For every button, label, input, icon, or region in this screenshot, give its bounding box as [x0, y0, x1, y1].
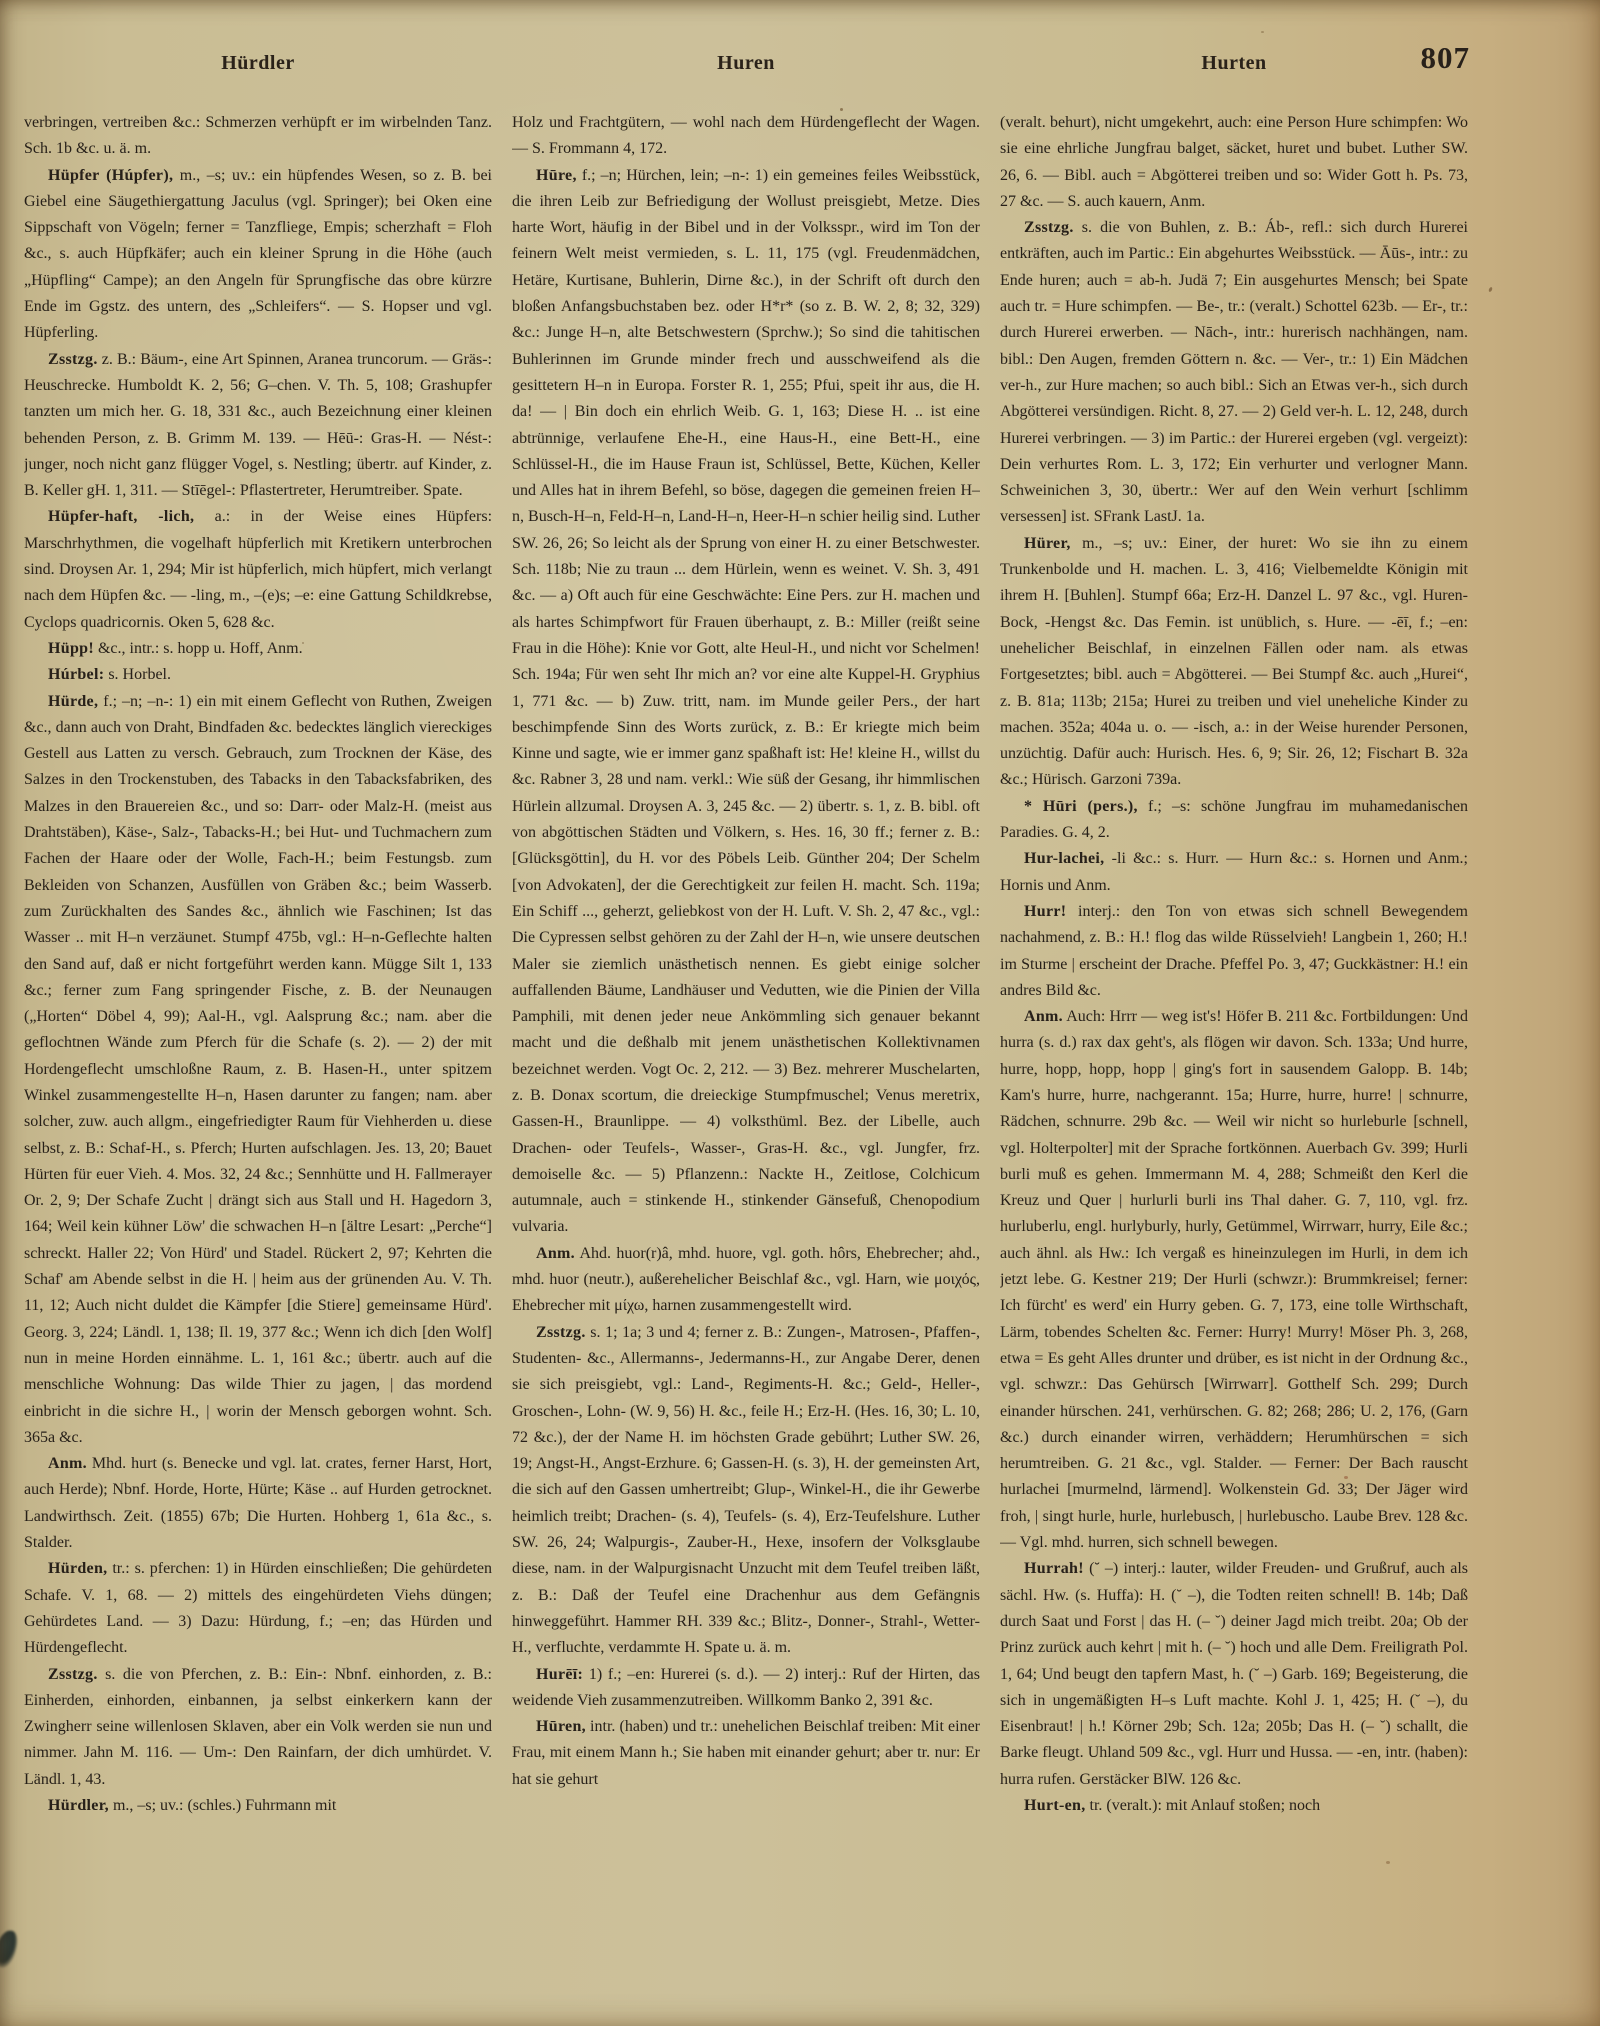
entry-paragraph: Zsstzg. s. die von Buhlen, z. B.: Áb-, r… — [1000, 215, 1468, 531]
entry-paragraph: Zsstzg. s. 1; 1a; 3 und 4; ferner z. B.:… — [512, 1320, 980, 1662]
entry-paragraph: Hürde, f.; –n; –n-: 1) ein mit einem Gef… — [24, 689, 492, 1452]
entry-paragraph: Hüpfer (Húpfer), m., –s; uv.: ein hüpfen… — [24, 163, 492, 347]
entry-headword: Hūre, — [536, 167, 577, 184]
page-number: 807 — [1280, 40, 1470, 76]
text-column-2: Holz und Frachtgütern, — wohl nach dem H… — [512, 110, 980, 1910]
continuation-paragraph: (veralt. behurt), nicht umgekehrt, auch:… — [1000, 110, 1468, 215]
paper-speckle — [1344, 1476, 1348, 1479]
continuation-paragraph: verbringen, vertreiben &c.: Schmerzen ve… — [24, 110, 492, 163]
entry-headword: Hurēī: — [536, 1666, 583, 1683]
entry-paragraph: Hurt-en, tr. (veralt.): mit Anlauf stoße… — [1000, 1793, 1468, 1819]
entry-paragraph: * Hūri (pers.), f.; –s: schöne Jungfrau … — [1000, 794, 1468, 847]
entry-headword: Hüpfer-haft, -lich, — [48, 508, 194, 525]
entry-headword: Zsstzg. — [48, 1666, 98, 1683]
entry-paragraph: Anm. Mhd. hurt (s. Benecke und vgl. lat.… — [24, 1451, 492, 1556]
entry-paragraph: Hur-lachei, -li &c.: s. Hurr. — Hurn &c.… — [1000, 846, 1468, 899]
scanned-dictionary-page: Hürdler Huren Hurten 807 verbringen, ver… — [0, 0, 1600, 2026]
entry-paragraph: Hürden, tr.: s. pferchen: 1) in Hürden e… — [24, 1556, 492, 1661]
ink-stain — [0, 1928, 20, 1969]
entry-paragraph: Hurēī: 1) f.; –en: Hurerei (s. d.). — 2)… — [512, 1662, 980, 1715]
entry-headword: Anm. — [48, 1455, 87, 1472]
entry-paragraph: Zsstzg. z. B.: Bäum-, eine Art Spinnen, … — [24, 347, 492, 505]
entry-paragraph: Húrbel: s. Horbel. — [24, 662, 492, 688]
running-head-center: Huren — [512, 52, 980, 78]
text-column-1: verbringen, vertreiben &c.: Schmerzen ve… — [24, 110, 492, 1910]
paper-speckle — [1386, 1861, 1390, 1864]
entry-headword: Hur-lachei, — [1024, 850, 1104, 867]
entry-paragraph: Hüpfer-haft, -lich, a.: in der Weise ein… — [24, 504, 492, 635]
paper-speckle — [1261, 31, 1264, 33]
entry-paragraph: Hüpp! &c., intr.: s. hopp u. Hoff, Anm. — [24, 636, 492, 662]
entry-paragraph: Anm. Auch: Hrrr — weg ist's! Höfer B. 21… — [1000, 1004, 1468, 1556]
entry-headword: Hüpfer (Húpfer), — [48, 167, 173, 184]
running-head-left: Hürdler — [24, 52, 492, 78]
entry-paragraph: Hürdler, m., –s; uv.: (schles.) Fuhrmann… — [24, 1793, 492, 1819]
entry-paragraph: Hūre, f.; –n; Hürchen, lein; –n-: 1) ein… — [512, 163, 980, 1241]
paper-speckle — [568, 1204, 571, 1207]
entry-headword: Hurr! — [1024, 903, 1066, 920]
entry-headword: Anm. — [1024, 1008, 1063, 1025]
entry-headword: Hūren, — [536, 1718, 586, 1735]
entry-paragraph: Anm. Ahd. huor(r)â, mhd. huore, vgl. got… — [512, 1241, 980, 1320]
entry-headword: Zsstzg. — [1024, 219, 1074, 236]
entry-headword: Hurrah! — [1024, 1560, 1084, 1577]
paper-speckle — [1488, 287, 1493, 293]
entry-paragraph: Zsstzg. s. die von Pferchen, z. B.: Ein-… — [24, 1662, 492, 1793]
entry-headword: Zsstzg. — [48, 351, 98, 368]
continuation-paragraph: Holz und Frachtgütern, — wohl nach dem H… — [512, 110, 980, 163]
entry-headword: Hurt-en, — [1024, 1797, 1086, 1814]
paper-speckle — [840, 108, 843, 111]
text-column-3: (veralt. behurt), nicht umgekehrt, auch:… — [1000, 110, 1468, 1910]
entry-headword: * Hūri (pers.), — [1024, 798, 1138, 815]
entry-headword: Hürde, — [48, 693, 98, 710]
paper-speckle — [302, 642, 304, 644]
entry-headword: Hüpp! — [48, 640, 94, 657]
entry-paragraph: Hūren, intr. (haben) und tr.: uneheliche… — [512, 1714, 980, 1793]
entry-paragraph: Hurr! interj.: den Ton von etwas sich sc… — [1000, 899, 1468, 1004]
entry-headword: Hürdler, — [48, 1797, 109, 1814]
entry-headword: Hürden, — [48, 1560, 107, 1577]
entry-paragraph: Hürer, m., –s; uv.: Einer, der huret: Wo… — [1000, 531, 1468, 794]
entry-headword: Anm. — [536, 1245, 575, 1262]
entry-headword: Húrbel: — [48, 666, 104, 683]
entry-paragraph: Hurrah! (˘ –) interj.: lauter, wilder Fr… — [1000, 1556, 1468, 1793]
entry-headword: Hürer, — [1024, 535, 1071, 552]
entry-headword: Zsstzg. — [536, 1324, 586, 1341]
